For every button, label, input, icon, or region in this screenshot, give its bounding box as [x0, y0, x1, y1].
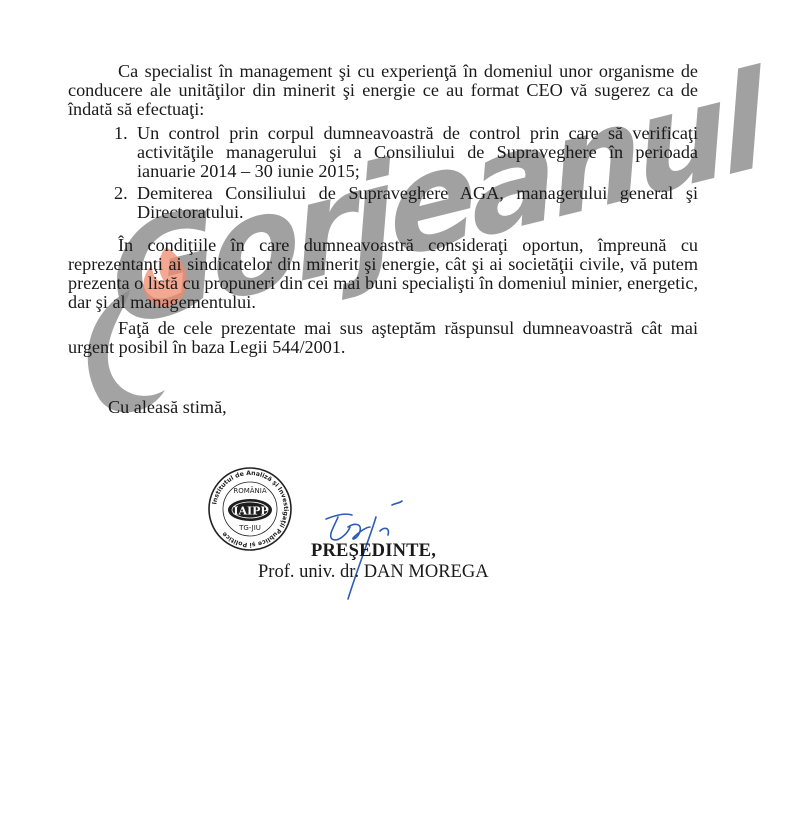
closing-salutation: Cu aleasă stimă,: [108, 397, 227, 418]
institution-stamp: Institutul de Analiză şi Investigaţii Pu…: [207, 466, 293, 552]
action-list: 1. Un control prin corpul dumneavoastră …: [114, 124, 698, 222]
paragraph-proposal: În condiţiile în care dumneavoastră cons…: [68, 236, 698, 312]
list-item-number: 1.: [114, 124, 128, 143]
signatory-name: Prof. univ. dr. DAN MOREGA: [258, 562, 489, 583]
svg-text:IAIPP: IAIPP: [233, 505, 268, 518]
signatory-title: PREŞEDINTE,: [311, 541, 436, 562]
list-item-text: Un control prin corpul dumneavoastră de …: [137, 123, 698, 181]
list-item-text: Demiterea Consiliului de Supraveghere AG…: [137, 183, 698, 222]
paragraph-request: Faţă de cele prezentate mai sus aşteptăm…: [68, 319, 698, 357]
list-item: 1. Un control prin corpul dumneavoastră …: [114, 124, 698, 181]
list-item-number: 2.: [114, 184, 128, 203]
paragraph-suggestion: Ca specialist în management şi cu experi…: [68, 62, 698, 119]
svg-text:ROMÂNIA: ROMÂNIA: [233, 486, 267, 495]
letter-page: Gorjeanul Ca specialist în management şi…: [0, 0, 804, 837]
svg-text:TG-JIU: TG-JIU: [238, 524, 261, 532]
list-item: 2. Demiterea Consiliului de Supraveghere…: [114, 184, 698, 222]
